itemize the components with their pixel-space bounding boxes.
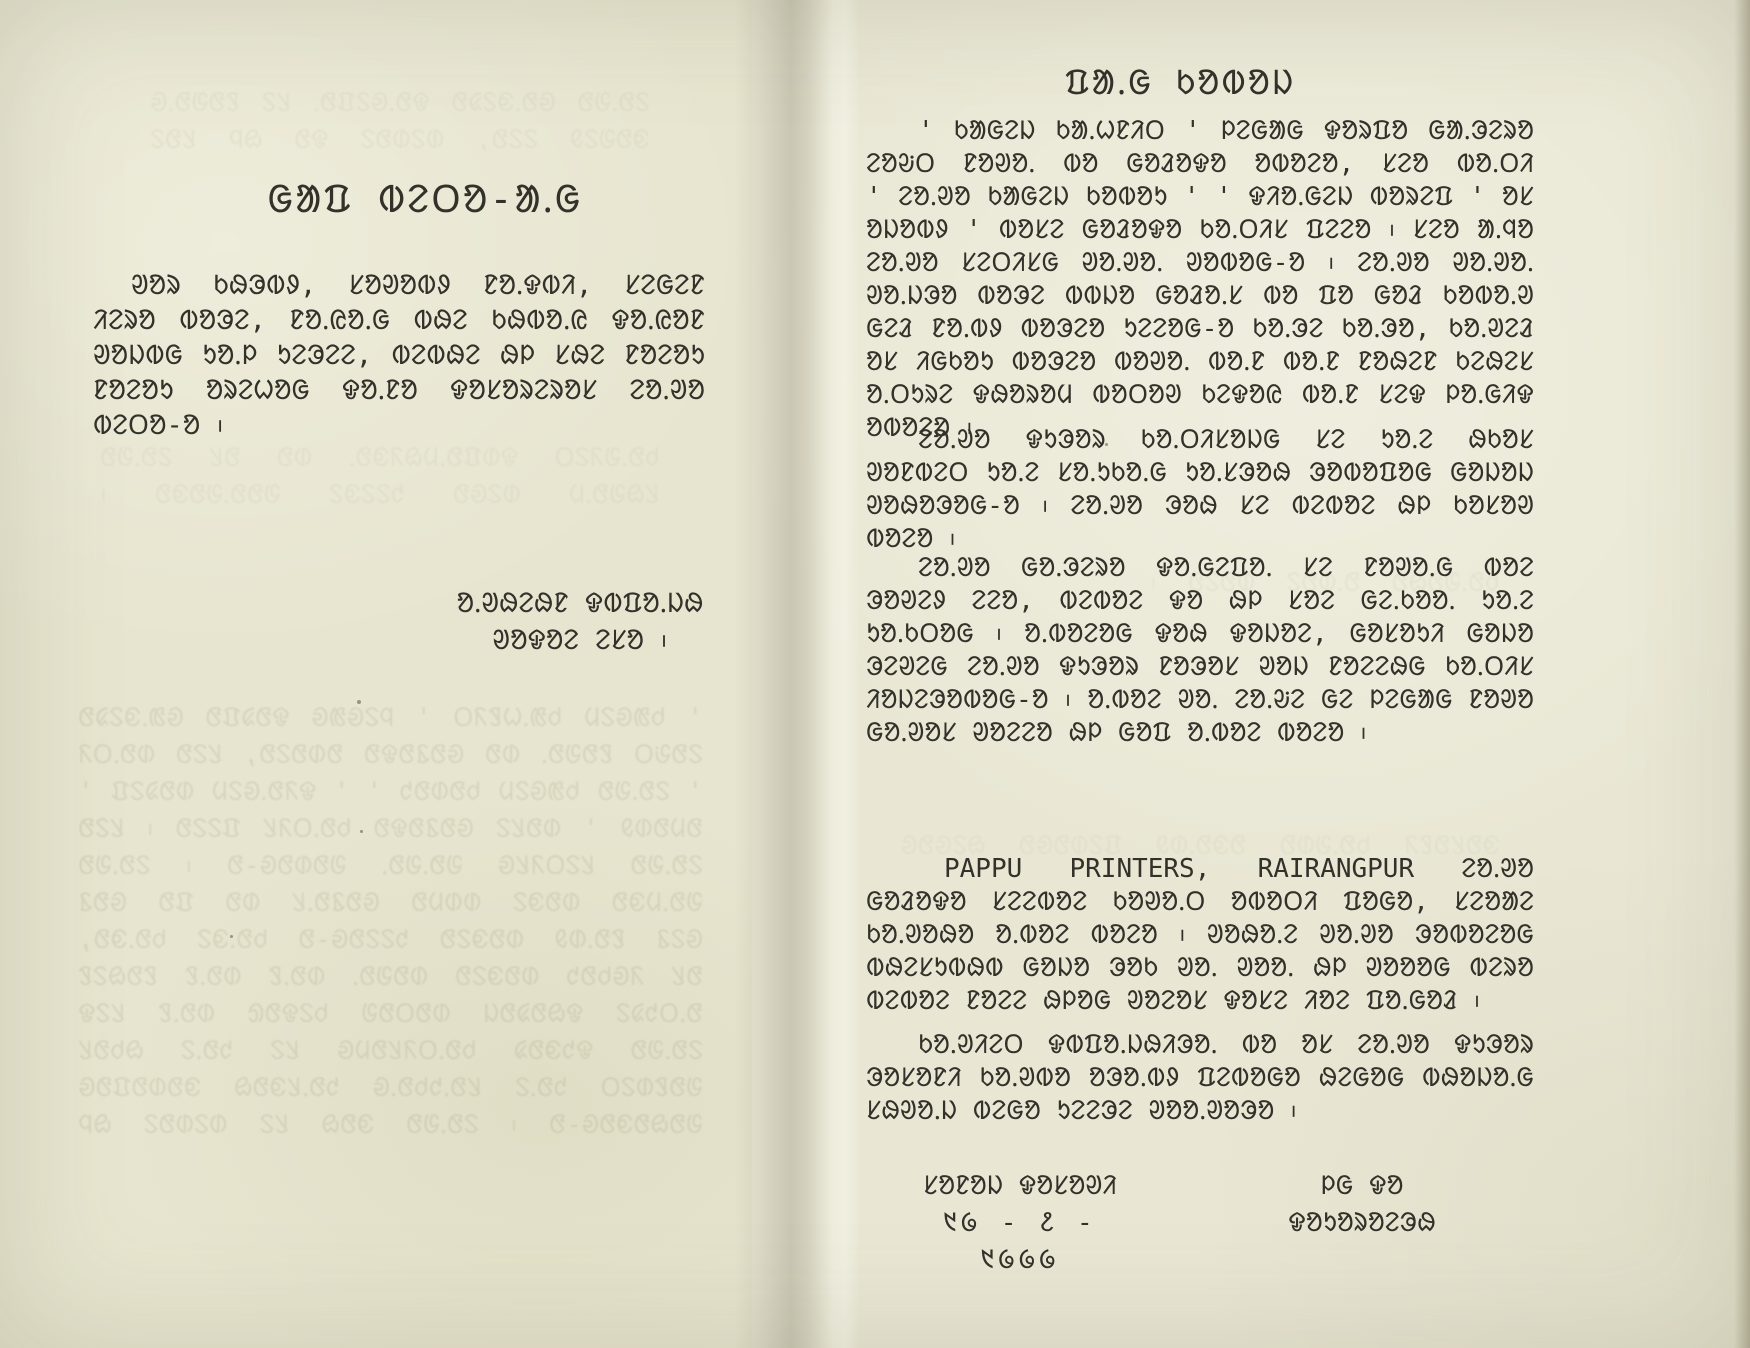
- text-line: ᱮᱚᱹᱣᱚ ᱥᱮᱛᱤᱥᱜ ᱣᱚᱹᱣᱚᱹ ᱣᱚᱵᱚᱜ-ᱚ ᱾ ᱮᱚᱹᱣᱚ ᱣᱚᱹᱣ…: [866, 247, 1534, 280]
- left-page-title: ᱜᱟᱯ ᱵᱮᱛᱚ-ᱟᱹᱜ: [250, 172, 600, 224]
- text-line: ᱤᱚᱡᱮᱳᱚᱵᱚᱜ-ᱚ ᱾ ᱚᱹᱵᱚᱮ ᱣᱚᱹ ᱮᱚᱹᱶᱮ ᱜᱮ ᱞᱮᱜᱟᱜ ᱱ…: [866, 684, 1534, 717]
- paragraph-3: ᱮᱚᱹᱣᱚ ᱜᱚᱹᱳᱮᱨᱚ ᱫᱚᱹᱜᱮᱯᱚᱹ ᱥᱮ ᱱᱚᱣᱚᱹᱜ ᱵᱚᱮ ᱳᱚᱣ…: [866, 552, 1534, 750]
- paper-speck: [230, 935, 233, 938]
- show-through-text: ᱠᱚᱹᱣᱤᱮᱛ ᱫᱵᱯᱚᱹᱡᱷᱤᱳᱚᱹ ᱵᱚ ᱚᱥ ᱮᱚᱹᱣᱚ ᱫᱩᱳᱚᱨ ᱥᱷ…: [100, 440, 660, 514]
- book-scan: ᱮᱚᱹᱣᱚ ᱜᱚᱹᱳᱮᱨᱚ ᱫᱚᱹᱜᱮᱯᱚᱹ ᱥᱮ ᱱᱚᱣᱚᱹᱜ ᱵᱚᱮ ᱳᱚᱣ…: [0, 0, 1750, 1348]
- paragraph-4-printer-note: PAPPU PRINTERS, RAIRANGPUR ᱮᱚᱹᱣᱚ ᱫᱩᱳᱚᱨ ᱜ…: [866, 853, 1534, 1018]
- paragraph-5: ᱠᱚᱹᱣᱤᱮᱛ ᱫᱵᱯᱚᱹᱡᱷᱤᱳᱚᱹ ᱵᱚ ᱚᱥ ᱮᱚᱹᱣᱚ ᱫᱩᱳᱚᱨ ᱳᱚ…: [866, 1029, 1534, 1128]
- text-line: ᱚᱹᱛᱩᱨᱮ ᱫᱷᱚᱨᱚᱢ ᱵᱚᱛᱚᱣ ᱠᱮᱫᱚᱭ ᱵᱚᱹᱱ ᱥᱮᱫ ᱞᱚᱹᱜᱤ…: [866, 379, 1534, 412]
- text-line: ' ᱮᱚᱹᱣᱚ ᱠᱟᱜᱮᱡ ᱠᱚᱵᱚᱩ ' ' ᱫᱤᱚᱹᱜᱮᱡ ᱵᱚᱨᱮᱯ ' …: [866, 181, 1534, 214]
- text-line: ᱜᱚᱹᱣᱚᱥ ᱣᱚᱮᱮᱚ ᱷᱞ ᱜᱚᱯ ᱚᱹᱵᱚᱮ ᱵᱚᱮᱚ ᱾: [866, 717, 1534, 750]
- footer-place-date: ᱥᱚᱱᱚᱡ ᱫᱚᱥᱚᱣᱤ ᱑᱙ - ᱒ - ᱑᱙᱙᱙: [900, 1168, 1140, 1279]
- show-through-text: ᱮᱚᱹᱣᱚ ᱜᱚᱹᱳᱮᱨᱚ ᱫᱚᱹᱜᱮᱯᱚᱹ ᱥᱮ ᱱᱚᱣᱚᱹᱜ ᱵᱚᱮ ᱳᱚᱣ…: [150, 85, 650, 159]
- text-line: ᱵᱷᱮᱥᱩᱵᱷᱵ ᱜᱚᱡᱚ ᱳᱚᱠ ᱣᱚᱹ ᱣᱚᱚᱹ ᱷᱞ ᱣᱚᱚᱚᱜ ᱵᱮᱨᱚ…: [866, 952, 1534, 985]
- text-line: ᱣᱚᱨ ᱠᱷᱳᱵᱽ, ᱥᱚᱣᱚᱵᱽ ᱱᱚᱹᱫᱵᱤ, ᱥᱮᱜᱮᱱ ᱳᱮᱳᱚᱹ: [93, 268, 705, 303]
- text-line: ᱳᱚᱥᱚᱱᱤ ᱠᱚᱹᱣᱵᱚ ᱚᱳᱚᱹᱵᱽ ᱯᱮᱵᱚᱜᱚ ᱷᱮᱜᱚᱜ ᱵᱷᱚᱡᱚᱹ…: [866, 1062, 1534, 1095]
- paper-speck: [360, 830, 363, 833]
- text-line: ᱳᱮᱣᱮᱜ ᱮᱚᱹᱣᱚ ᱫᱩᱳᱚᱨ ᱱᱚᱳᱚᱥ ᱣᱚᱡ ᱱᱚᱮᱮᱷᱜ ᱠᱚᱹᱛᱤ…: [866, 651, 1534, 684]
- text-line: ᱜᱚᱲᱚᱫᱚ ᱥᱮᱮᱵᱚᱮ ᱠᱚᱣᱚᱹᱛ ᱚᱵᱚᱛᱤ ᱯᱚᱜᱚ, ᱥᱮᱚᱟᱮ ᱵ…: [866, 886, 1534, 919]
- paragraph-1: ' ᱠᱟᱜᱮᱡ ᱠᱟᱹᱦᱱᱤᱛ ' ᱞᱮᱜᱟᱜ ᱫᱚᱨᱯᱚ ᱜᱟᱹᱳᱮᱨᱚ ᱫᱩ…: [866, 115, 1534, 445]
- text-line: ᱣᱚᱡᱵᱜ ᱩᱚᱹᱞ ᱩᱮᱳᱮᱮ, ᱵᱮᱵᱷᱮ ᱷᱞ ᱥᱷᱮ ᱱᱚᱮᱚᱩ ᱣᱚᱣ…: [93, 338, 705, 373]
- text-line: ᱣᱚᱱᱵᱮᱛ ᱩᱚᱹᱮ ᱥᱚᱹᱩᱠᱚᱹᱜ ᱩᱚᱹᱥᱳᱚᱷ ᱳᱚᱵᱚᱯᱚᱜ ᱜᱚᱡ…: [866, 457, 1534, 490]
- text-line: ᱠᱚᱹᱣᱚᱷᱚ ᱚᱹᱵᱚᱮ ᱵᱚᱮᱚ ᱾ ᱣᱚᱷᱚᱹᱮ ᱣᱚᱹᱣᱚ ᱳᱚᱵᱚᱮᱚ…: [866, 919, 1534, 952]
- footer-author: ᱞᱜ ᱫᱚ ᱫᱚᱩᱚᱨᱚᱮᱳᱷ: [1252, 1168, 1472, 1242]
- right-page-heading: ᱯᱟᱹᱜ ᱠᱚᱵᱚᱡ: [1020, 58, 1340, 104]
- text-line: ᱤᱮᱨᱚ ᱵᱚᱳᱮ, ᱱᱚᱹᱭᱚᱹᱜ ᱵᱷᱮ ᱠᱷᱵᱚᱹᱭ ᱫᱚᱹᱭᱚᱱ ᱯᱷᱤ…: [93, 303, 705, 338]
- footer-place: ᱥᱚᱱᱚᱡ ᱫᱚᱥᱚᱣᱤ: [900, 1168, 1140, 1205]
- footer-author-line2: ᱫᱚᱩᱚᱨᱚᱮᱳᱷ: [1252, 1205, 1472, 1242]
- footer-date: ᱑᱙ - ᱒ - ᱑᱙᱙᱙: [900, 1205, 1140, 1279]
- text-line: ᱠᱚᱹᱣᱤᱮᱛ ᱫᱵᱯᱚᱹᱡᱷᱤᱳᱚᱹ ᱵᱚ ᱚᱥ ᱮᱚᱹᱣᱚ ᱫᱩᱳᱚᱨ: [866, 1029, 1534, 1062]
- paper-speck: [1105, 443, 1108, 446]
- text-line: ᱥᱷᱣᱚᱹᱡ ᱵᱮᱜᱚ ᱩᱮᱮᱳᱮ ᱣᱚᱚᱹᱣᱚᱳᱚ ᱾: [866, 1095, 1534, 1128]
- text-line: ᱩᱚᱹᱠᱛᱚᱜ ᱾ ᱚᱹᱵᱚᱮᱚᱜ ᱫᱚᱷ ᱫᱚᱡᱚᱮ, ᱜᱚᱥᱚᱩᱤ ᱜᱚᱡᱚ…: [866, 618, 1534, 651]
- text-line printer-name-line: PAPPU PRINTERS, RAIRANGPUR ᱮᱚᱹᱣᱚ ᱫᱩᱳᱚᱨ: [866, 853, 1534, 886]
- paper-speck: [357, 700, 361, 704]
- text-line: ' ᱠᱟᱜᱮᱡ ᱠᱟᱹᱦᱱᱤᱛ ' ᱞᱮᱜᱟᱜ ᱫᱚᱨᱯᱚ ᱜᱟᱹᱳᱮᱨᱚ ᱫᱩ…: [866, 115, 1534, 148]
- signature-place: ᱣᱚᱫᱚᱮ ᱮᱥᱚ ᱾: [440, 622, 720, 659]
- left-page-paragraph: ᱣᱚᱨ ᱠᱷᱳᱵᱽ, ᱥᱚᱣᱚᱵᱽ ᱱᱚᱹᱫᱵᱤ, ᱥᱮᱜᱮᱱ ᱳᱮᱳᱚᱹ ᱤᱮ…: [93, 268, 705, 443]
- footer-author-line1: ᱞᱜ ᱫᱚ: [1252, 1168, 1472, 1205]
- text-line: ᱱᱚᱮᱚᱩ ᱚᱨᱮᱦᱚᱜ ᱫᱚᱹᱱᱚ ᱫᱚᱥᱚᱨᱮᱨᱚᱥ ᱮᱚᱹᱣᱚ ᱫᱚᱞ ᱜ…: [93, 373, 705, 408]
- text-line: ᱚᱡᱚᱵᱽ ' ᱵᱚᱥᱮ ᱜᱚᱲᱚᱫᱚ ᱠᱚᱹᱛᱤᱥ ᱯᱮᱮᱚ ᱾ ᱥᱮᱚ ᱟᱹ…: [866, 214, 1534, 247]
- text-line: ᱵᱮᱵᱚᱮ ᱱᱚᱮᱮ ᱷᱞᱚᱜ ᱣᱚᱮᱚᱥ ᱫᱚᱥᱮ ᱤᱚᱮ ᱯᱚᱹᱜᱚᱲ ᱾: [866, 985, 1534, 1018]
- right-edge-shadow: [1734, 0, 1750, 1348]
- text-line: ᱜᱮᱲ ᱱᱚᱹᱵᱽ ᱵᱚᱳᱮᱚ ᱩᱮᱮᱚᱜ-ᱚ ᱠᱚᱹᱳᱮ ᱠᱚᱹᱳᱚ, ᱠᱚᱹ…: [866, 313, 1534, 346]
- page-gutter-shadow: [735, 0, 860, 1348]
- paragraph-2: ᱮᱚᱹᱣᱚ ᱫᱩᱳᱚᱨ ᱠᱚᱹᱛᱤᱥᱚᱡᱜ ᱥᱮ ᱩᱚᱹᱮ ᱷᱠᱚᱥ ᱜᱚᱹᱛᱤ…: [866, 424, 1534, 556]
- text-line: ᱣᱚᱹᱡᱳᱚ ᱵᱚᱳᱮ ᱵᱵᱡᱚ ᱜᱚᱲᱚᱹᱥ ᱵᱚ ᱯᱚ ᱜᱚᱲ ᱠᱚᱵᱚᱹᱣ…: [866, 280, 1534, 313]
- text-line: ᱮᱚᱹᱣᱚ ᱫᱩᱳᱚᱨ ᱠᱚᱹᱛᱤᱥᱚᱡᱜ ᱥᱮ ᱩᱚᱹᱮ ᱷᱠᱚᱥ ᱜᱚᱹᱛᱤ…: [866, 424, 1534, 457]
- signature-block: ᱚᱹᱣᱷᱮᱷᱱ ᱫᱵᱯᱚᱹᱡᱷ ᱣᱚᱫᱚᱮ ᱮᱥᱚ ᱾: [440, 585, 720, 659]
- show-through-text: ' ᱠᱟᱜᱮᱡ ᱠᱟᱹᱦᱱᱤᱛ ' ᱞᱮᱜᱟᱜ ᱫᱚᱨᱯᱚ ᱜᱟᱹᱳᱮᱨᱚ ᱫᱩ…: [78, 700, 703, 1144]
- text-line: ᱮᱚᱶᱛ ᱱᱚᱣᱚᱹ ᱵᱚ ᱜᱚᱲᱚᱫᱚ ᱚᱵᱚᱮᱚ, ᱥᱮᱚ ᱵᱚᱹᱛᱤ ᱩᱚ…: [866, 148, 1534, 181]
- text-line: ᱚᱥ ᱤᱜᱠᱚᱩ ᱵᱚᱳᱮᱚ ᱵᱚᱣᱚᱹ ᱵᱚᱹᱱ ᱵᱚᱹᱱ ᱱᱚᱷᱮᱱ ᱠᱮᱷ…: [866, 346, 1534, 379]
- signature-name: ᱚᱹᱣᱷᱮᱷᱱ ᱫᱵᱯᱚᱹᱡᱷ: [440, 585, 720, 622]
- text-line: ᱳᱚᱣᱮᱽ ᱮᱮᱚ, ᱵᱮᱵᱚᱮ ᱫᱚ ᱷᱞ ᱥᱚᱮ ᱜᱮᱹᱠᱚᱚᱹ ᱩᱚᱹᱮ …: [866, 585, 1534, 618]
- text-line: ᱵᱮᱛᱚ-ᱚ ᱾: [93, 408, 705, 443]
- text-line: ᱣᱚᱷᱚᱳᱚᱜ-ᱚ ᱾ ᱮᱚᱹᱣᱚ ᱳᱚᱷ ᱥᱮ ᱵᱮᱵᱚᱮ ᱷᱞ ᱠᱚᱥᱚᱣ …: [866, 490, 1534, 523]
- text-line: ᱮᱚᱹᱣᱚ ᱜᱚᱹᱳᱮᱨᱚ ᱫᱚᱹᱜᱮᱯᱚᱹ ᱥᱮ ᱱᱚᱣᱚᱹᱜ ᱵᱚᱮ: [866, 552, 1534, 585]
